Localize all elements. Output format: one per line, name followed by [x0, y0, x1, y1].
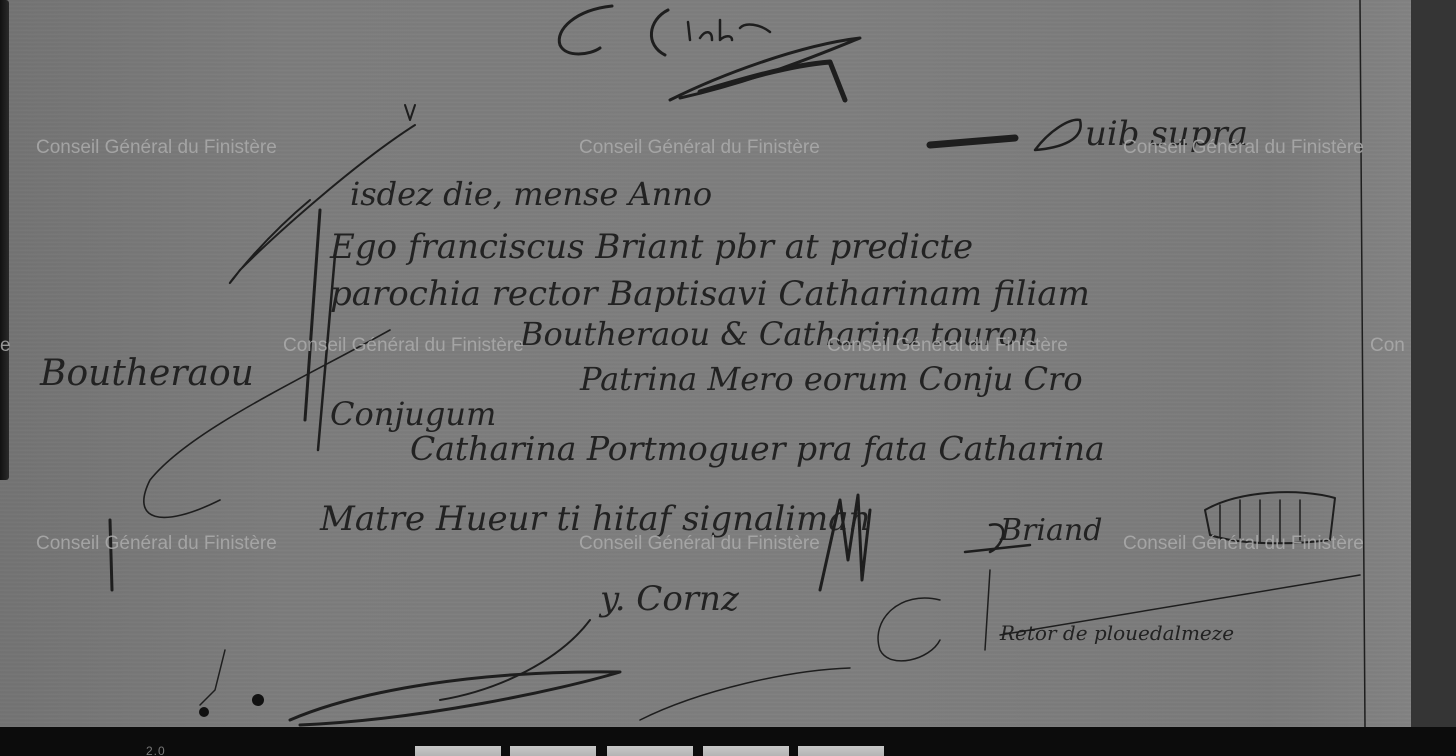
page-thumbnail[interactable] — [510, 746, 596, 756]
manuscript-margin-note: Boutheraou — [39, 353, 254, 394]
manuscript-line: Catharina Portmoguer pra fata Catharina — [410, 429, 1105, 468]
page-thumbnail[interactable] — [798, 746, 884, 756]
page-thumbnail[interactable] — [415, 746, 501, 756]
viewer-side-panel — [1411, 0, 1456, 727]
page-thumbnail[interactable] — [703, 746, 789, 756]
manuscript-line: uib supra — [1085, 114, 1248, 154]
signature-cornz: y. Cornz — [598, 579, 740, 619]
manuscript-line: Patrina Mero eorum Conju Cro — [579, 360, 1083, 398]
document-image-viewer[interactable]: uib supra isdez die, mense Anno Ego fran… — [0, 0, 1411, 727]
page-thumbnail[interactable] — [607, 746, 693, 756]
manuscript-line: isdez die, mense Anno — [350, 175, 712, 213]
manuscript-line: Ego franciscus Briant pbr at predicte — [329, 227, 973, 267]
handwritten-manuscript: uib supra isdez die, mense Anno Ego fran… — [0, 0, 1411, 727]
manuscript-line: Conjugum — [330, 395, 496, 433]
signature-rector: Retor de plouedalmeze — [999, 621, 1234, 645]
page-number-label: 2.0 — [146, 744, 166, 756]
manuscript-line: parochia rector Baptisavi Catharinam fil… — [330, 274, 1090, 314]
manuscript-line: Boutheraou & Catharina touron — [519, 315, 1038, 353]
manuscript-line: Matre Hueur ti hitaf signaliman — [319, 499, 870, 539]
signature-briand: Briand — [999, 513, 1102, 548]
